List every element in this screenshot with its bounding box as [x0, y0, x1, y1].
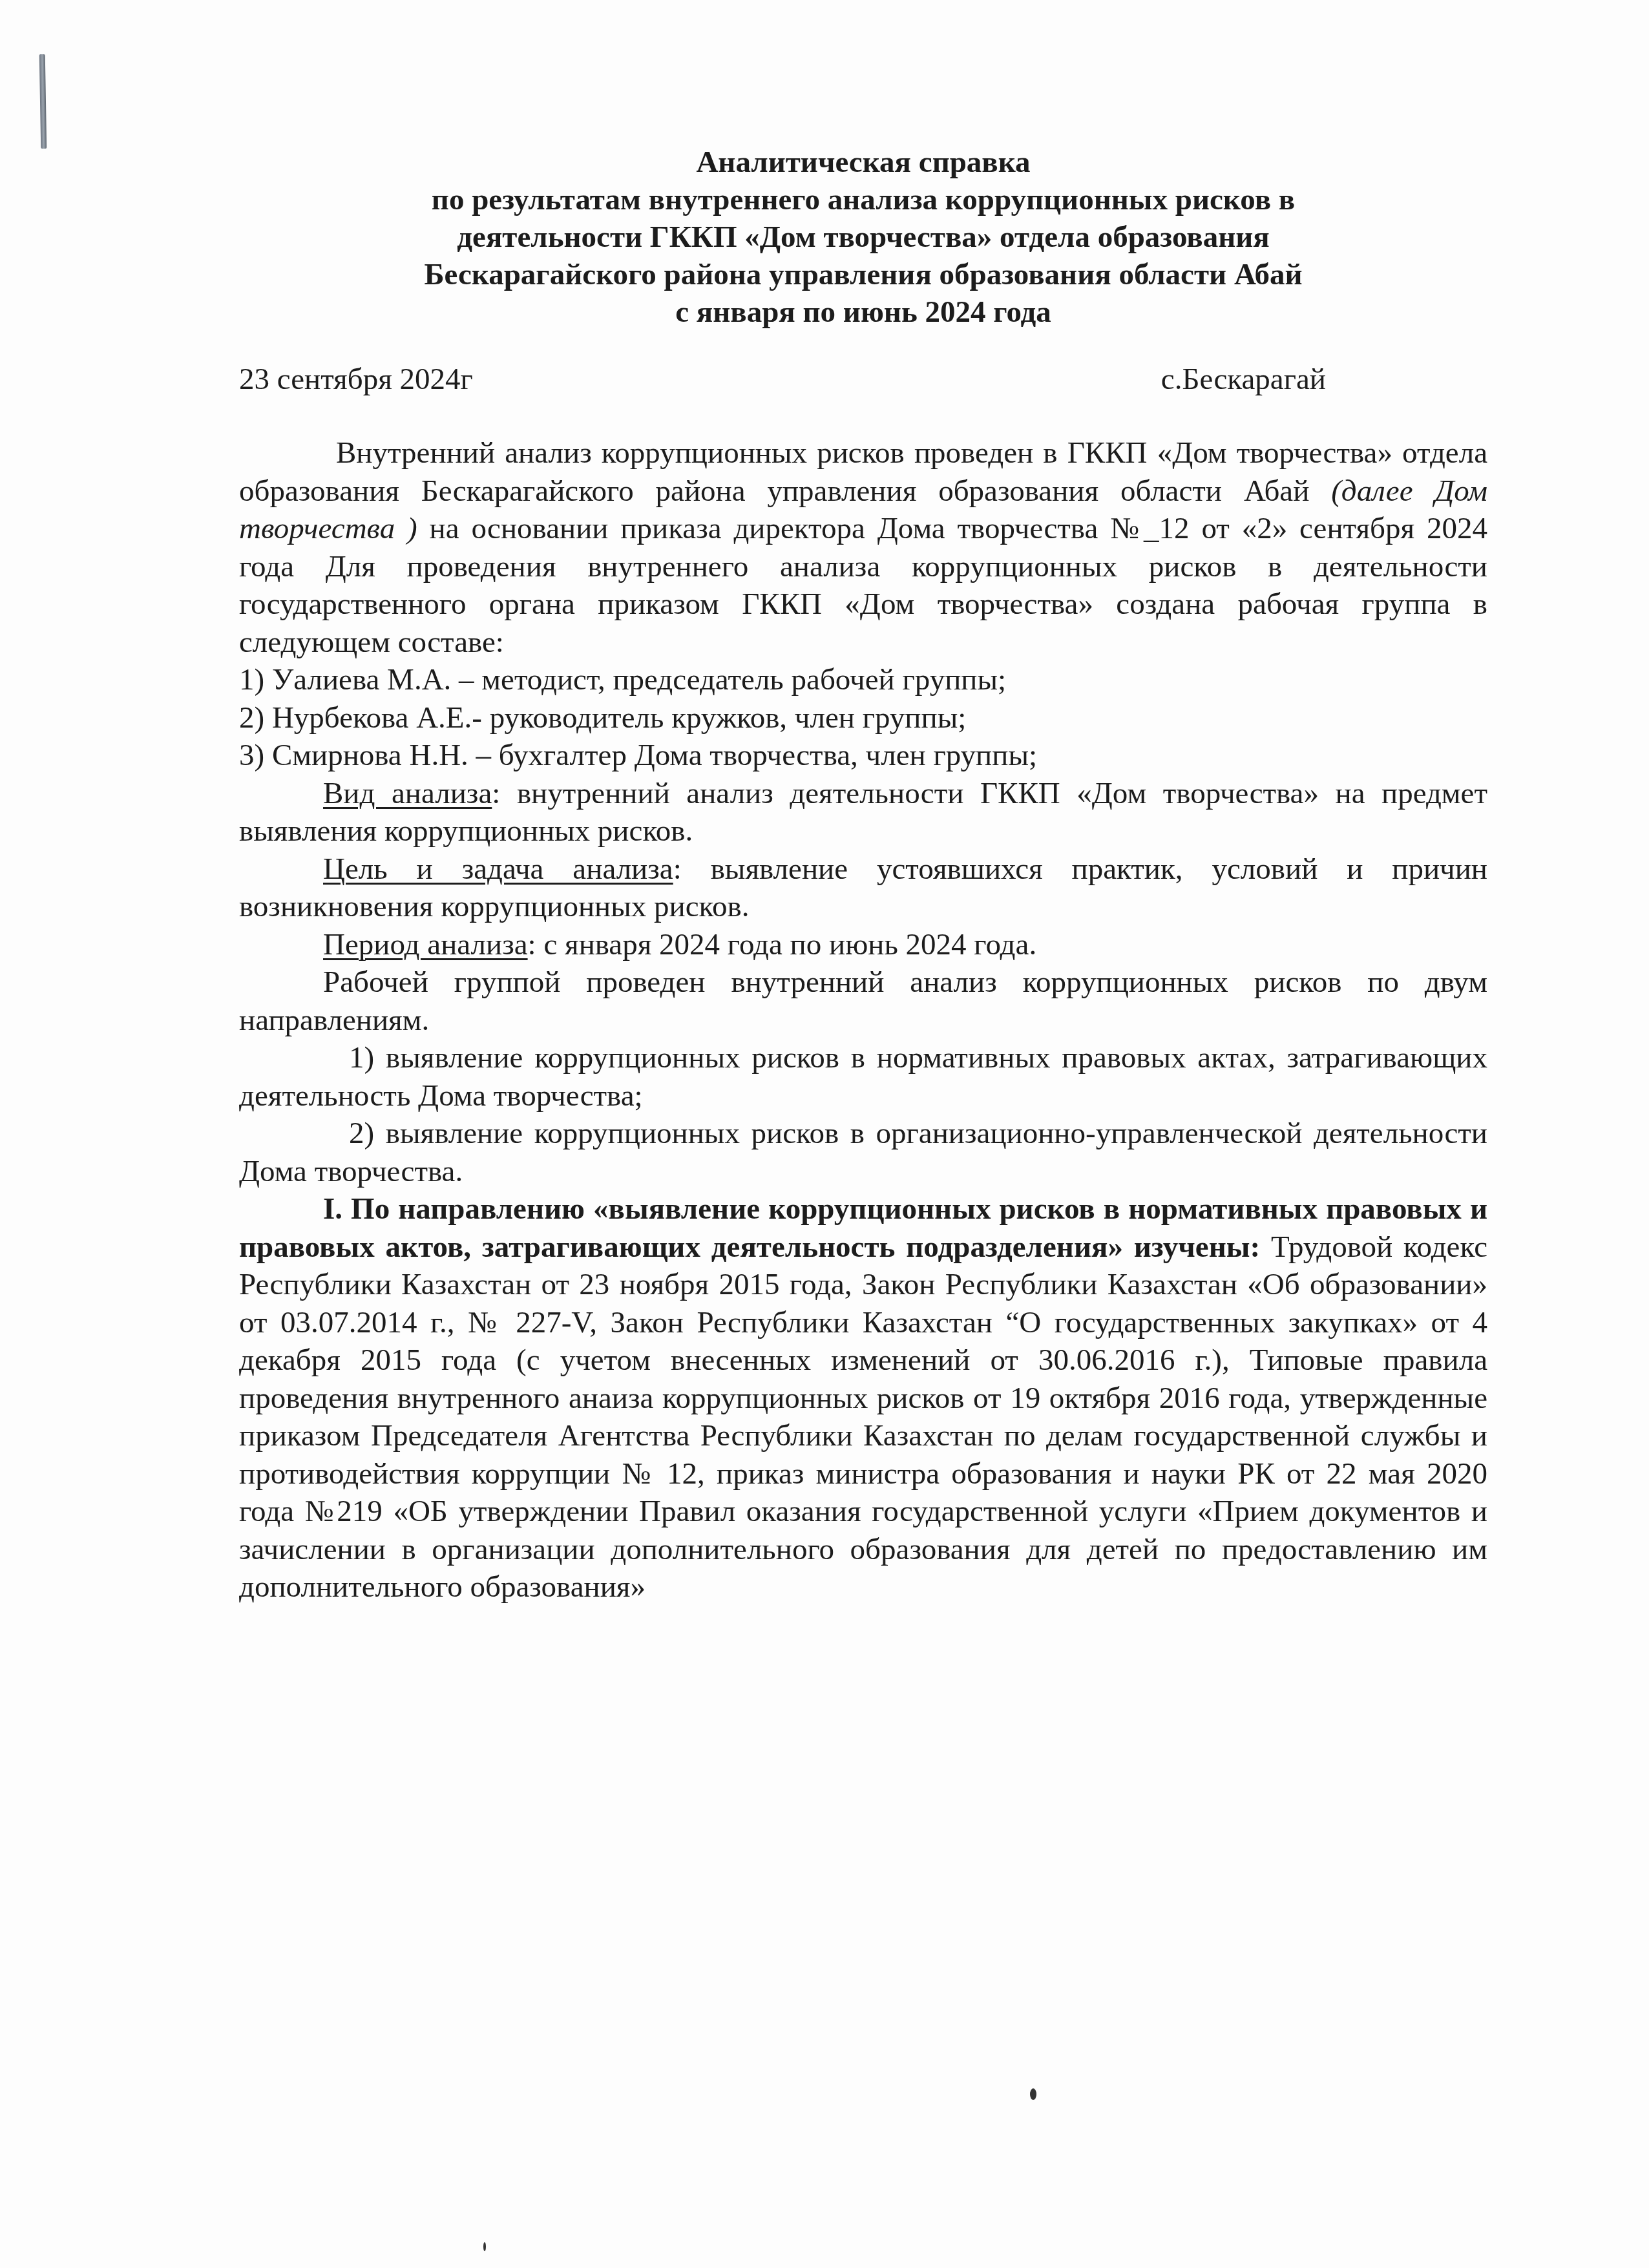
scan-speck	[483, 2242, 486, 2251]
directions-intro: Рабочей группой проведен внутренний анал…	[239, 963, 1487, 1039]
member-item: 1) Уалиева М.А. – методист, председатель…	[239, 661, 1487, 699]
analysis-type-label: Вид анализа	[323, 777, 492, 810]
period-paragraph: Период анализа: с января 2024 года по ию…	[239, 926, 1487, 964]
date-place-row: 23 сентября 2024г с.Бескарагай	[239, 361, 1487, 398]
document-date: 23 сентября 2024г	[239, 361, 473, 398]
scan-speck	[1030, 2088, 1036, 2100]
direction-item: 1) выявление коррупционных рисков в норм…	[239, 1039, 1487, 1115]
document-page: Аналитическая справка по результатам вну…	[239, 143, 1487, 1606]
title-line: Бескарагайского района управления образо…	[239, 256, 1487, 293]
title-line: Аналитическая справка	[239, 143, 1487, 181]
member-item: 3) Смирнова Н.Н. – бухгалтер Дома творче…	[239, 737, 1487, 775]
title-line: с января по июнь 2024 года	[239, 293, 1487, 331]
section-1-paragraph: I. По направлению «выявление коррупционн…	[239, 1190, 1487, 1606]
document-title: Аналитическая справка по результатам вну…	[239, 143, 1487, 331]
period-text: : с января 2024 года по июнь 2024 года.	[528, 928, 1037, 961]
intro-paragraph: Внутренний анализ коррупционных рисков п…	[239, 434, 1487, 661]
intro-text-cont: на основании приказа директора Дома твор…	[239, 512, 1487, 659]
member-item: 2) Нурбекова А.Е.- руководитель кружков,…	[239, 699, 1487, 737]
analysis-type-paragraph: Вид анализа: внутренний анализ деятельно…	[239, 775, 1487, 850]
title-line: деятельности ГККП «Дом творчества» отдел…	[239, 218, 1487, 256]
direction-item: 2) выявление коррупционных рисков в орга…	[239, 1115, 1487, 1190]
section-1-text: Трудовой кодекс Республики Казахстан от …	[239, 1230, 1487, 1604]
title-line: по результатам внутреннего анализа корру…	[239, 181, 1487, 218]
intro-text: Внутренний анализ коррупционных рисков п…	[239, 436, 1487, 508]
document-body: Внутренний анализ коррупционных рисков п…	[239, 434, 1487, 1606]
document-place: с.Бескарагай	[1161, 361, 1326, 398]
goal-paragraph: Цель и задача анализа: выявление устоявш…	[239, 850, 1487, 926]
period-label: Период анализа	[323, 928, 528, 961]
goal-label: Цель и задача анализа	[323, 852, 673, 886]
staple	[39, 54, 47, 149]
